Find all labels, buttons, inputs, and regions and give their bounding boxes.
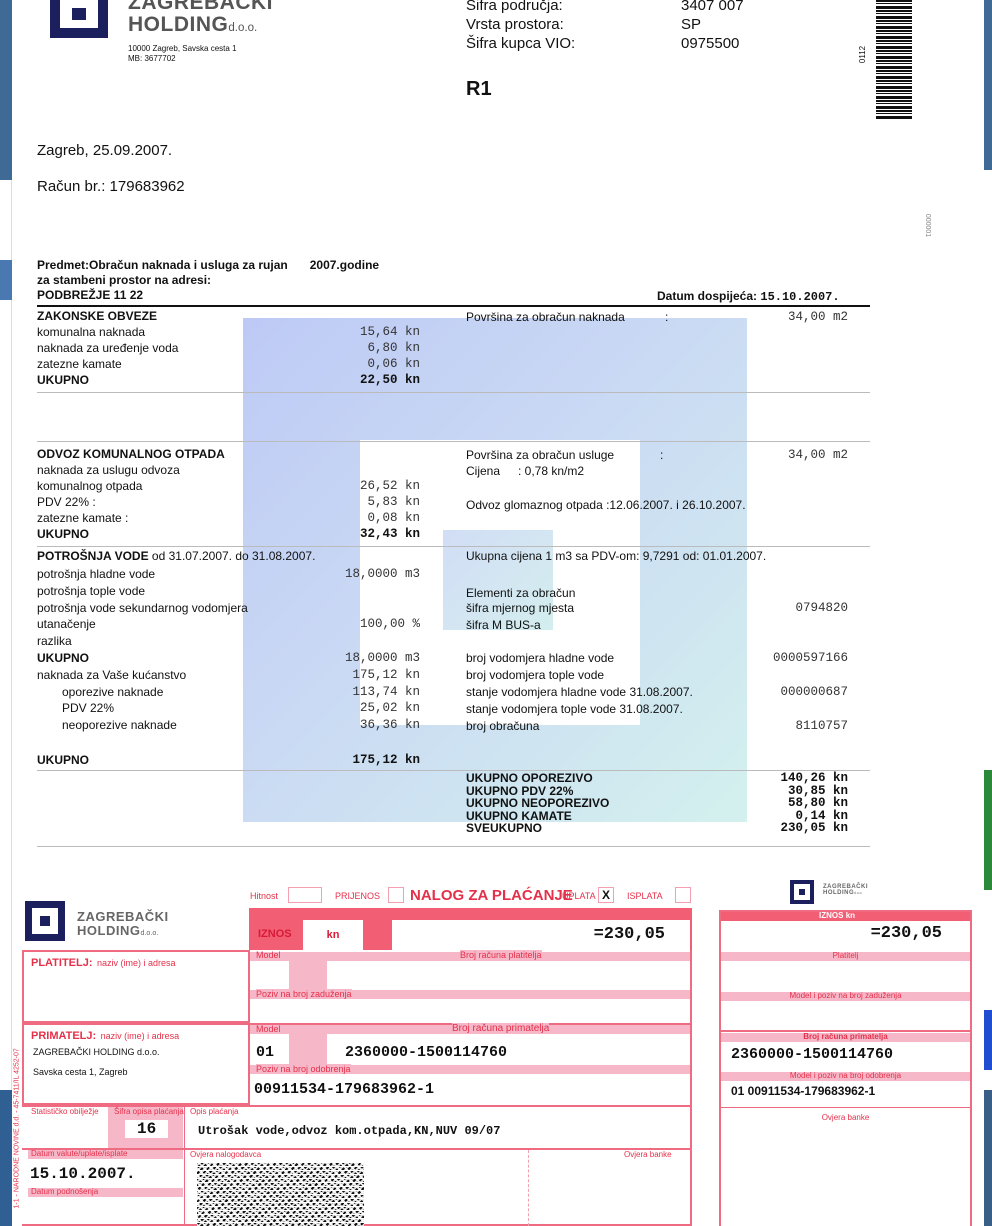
divider bbox=[184, 1150, 185, 1226]
summary-value: 140,26 kn bbox=[780, 772, 848, 785]
currency-box: kn bbox=[303, 920, 363, 950]
element-label: broj vodomjera hladne vode bbox=[466, 651, 614, 668]
uplata-label: UPLATA bbox=[562, 891, 596, 901]
bulky-waste-dates: Odvoz glomaznog otpada :12.06.2007. i 26… bbox=[466, 498, 746, 512]
total-row: UKUPNO22,50 kn bbox=[37, 373, 420, 389]
area-sep: : bbox=[660, 448, 663, 462]
item-label: potrošnja tople vode bbox=[37, 584, 145, 601]
stub-model-zaduzenja-label: Model i poziv na broj zaduženja bbox=[721, 991, 970, 1000]
model-divider bbox=[289, 961, 327, 990]
elements-title: Elementi za obračun bbox=[466, 586, 575, 600]
stub-payer-field[interactable] bbox=[721, 962, 970, 992]
list-item: utanačenje100,00 % bbox=[37, 617, 420, 634]
primatelj-label: PRIMATELJ: naziv (ime) i adresa bbox=[31, 1026, 179, 1044]
total-row: UKUPNO32,43 kn bbox=[37, 527, 420, 543]
item-label: naknada za Vaše kućanstvo bbox=[37, 668, 186, 685]
stub-racun-value[interactable]: 2360000-1500114760 bbox=[731, 1046, 893, 1063]
element-label: stanje vodomjera tople vode 31.08.2007. bbox=[466, 702, 683, 719]
item-label: UKUPNO bbox=[37, 651, 89, 668]
list-item: komunalna naknada15,64 kn bbox=[37, 325, 420, 341]
datum-podnosenja-label: Datum podnošenja bbox=[31, 1187, 98, 1196]
racun-primatelja-value[interactable]: 2360000-1500114760 bbox=[345, 1044, 507, 1061]
voda-elements: šifra mjernog mjesta0794820šifra M BUS-a… bbox=[466, 601, 848, 735]
price-value: : 0,78 kn/m2 bbox=[518, 464, 584, 478]
list-item: oporezive naknade113,74 kn bbox=[37, 685, 420, 702]
sifra-opisa-value[interactable]: 16 bbox=[125, 1120, 168, 1138]
company-logo-icon bbox=[50, 0, 108, 38]
element-value: 8110757 bbox=[795, 719, 848, 736]
statisticko-label: Statističko obilježje bbox=[31, 1107, 99, 1116]
due-date: Datum dospijeća: 15.10.2007. bbox=[657, 289, 840, 304]
stub-ovjera-banke-label: Ovjera banke bbox=[721, 1113, 970, 1122]
model-label: Model bbox=[256, 950, 281, 960]
section-title-zakonske: ZAKONSKE OBVEZE bbox=[37, 309, 157, 323]
area-value-naknada: 34,00 m2 bbox=[760, 310, 848, 324]
place-date: Zagreb, 25.09.2007. bbox=[37, 142, 172, 159]
background-window-edge-right bbox=[984, 0, 992, 1226]
item-label: potrošnja vode sekundarnog vodomjera bbox=[37, 601, 248, 618]
list-item: razlika bbox=[37, 634, 420, 651]
list-item: komunalnog otpada26,52 kn bbox=[37, 479, 420, 495]
item-label: razlika bbox=[37, 634, 72, 651]
element-label: šifra M BUS-a bbox=[466, 618, 541, 635]
element-label: broj vodomjera tople vode bbox=[466, 668, 604, 685]
ovjera-banke-label: Ovjera banke bbox=[624, 1150, 672, 1159]
invoice-number: Račun br.: 179683962 bbox=[37, 178, 185, 195]
list-item: broj vodomjera hladne vode0000597166 bbox=[466, 651, 848, 668]
ovjera-nalogodavca-label: Ovjera nalogodavca bbox=[190, 1150, 261, 1159]
opis-label: Opis plaćanja bbox=[190, 1107, 238, 1116]
prijenos-label: PRIJENOS bbox=[335, 891, 380, 901]
stub-model-odobrenja-value[interactable]: 01 00911534-179683962-1 bbox=[731, 1084, 875, 1098]
list-item: naknada za Vaše kućanstvo175,12 kn bbox=[37, 668, 420, 685]
uplata-checkbox[interactable]: X bbox=[598, 887, 614, 903]
item-label: neoporezive naknade bbox=[37, 718, 177, 735]
hitnost-label: Hitnost bbox=[250, 891, 278, 901]
list-item: neoporezive naknade36,36 kn bbox=[37, 718, 420, 735]
item-value: 100,00 % bbox=[360, 617, 420, 634]
item-label: utanačenje bbox=[37, 617, 96, 634]
unit-price: Ukupna cijena 1 m3 sa PDV-om: 9,7291 od:… bbox=[466, 549, 766, 563]
area-label-naknada: Površina za obračun naknada bbox=[466, 310, 625, 324]
divider bbox=[37, 441, 870, 442]
element-label: šifra mjernog mjesta bbox=[466, 601, 574, 618]
stub-platitelj-label: Platitelj bbox=[721, 951, 970, 960]
racun-platitelja-label: Broj računa platitelja bbox=[460, 950, 542, 960]
price-label: Cijena bbox=[466, 464, 500, 478]
item-label: oporezive naknade bbox=[37, 685, 163, 702]
item-value: 36,36 kn bbox=[360, 718, 420, 735]
divider bbox=[37, 392, 870, 393]
list-item: PDV 22%25,02 kn bbox=[37, 701, 420, 718]
list-item: broj obračuna8110757 bbox=[466, 719, 848, 736]
item-value: 25,02 kn bbox=[360, 701, 420, 718]
area-value-usluge: 34,00 m2 bbox=[760, 448, 848, 462]
model-value[interactable]: 01 bbox=[256, 1044, 274, 1061]
2d-barcode bbox=[197, 1162, 364, 1226]
opis-value[interactable]: Utrošak vode,odvoz kom.otpada,KN,NUV 09/… bbox=[198, 1124, 500, 1138]
stub-iznos-label: IZNOS kn bbox=[819, 911, 855, 920]
divider bbox=[528, 1150, 529, 1226]
stub-racun-label: Broj računa primatelja bbox=[721, 1032, 970, 1041]
list-item: UKUPNO18,0000 m3 bbox=[37, 651, 420, 668]
document-type: R1 bbox=[466, 78, 492, 101]
sifra-opisa-label: Šifra opisa plaćanja bbox=[114, 1107, 184, 1116]
element-label: broj obračuna bbox=[466, 719, 539, 736]
summary-row: UKUPNO NEOPOREZIVO58,80 kn bbox=[466, 797, 848, 810]
item-value: 18,0000 m3 bbox=[345, 567, 420, 584]
list-item: broj vodomjera tople vode bbox=[466, 668, 848, 685]
summary-value: 230,05 kn bbox=[780, 822, 848, 835]
barcode bbox=[876, 0, 912, 120]
payer-account-field[interactable] bbox=[327, 961, 689, 990]
summary-label: SVEUKUPNO bbox=[466, 822, 542, 835]
list-item bbox=[466, 635, 848, 652]
summary-value: 58,80 kn bbox=[788, 797, 848, 810]
prijenos-checkbox[interactable] bbox=[388, 887, 404, 903]
item-label: PDV 22% bbox=[37, 701, 114, 718]
company-name: ZAGREBAČKI HOLDINGd.o.o. bbox=[128, 0, 273, 36]
item-label: potrošnja hladne vode bbox=[37, 567, 155, 584]
divider bbox=[37, 846, 870, 847]
payer-field[interactable] bbox=[24, 968, 248, 1021]
datum-valute-label: Datum valute/uplate/isplate bbox=[31, 1149, 128, 1158]
list-item: šifra M BUS-a bbox=[466, 618, 848, 635]
divider bbox=[184, 1107, 185, 1148]
barcode-text: 0112 bbox=[858, 46, 867, 63]
background-window-edge-left bbox=[0, 0, 12, 1226]
racun-primatelja-label: Broj računa primatelja bbox=[452, 1023, 549, 1034]
header-info: Šifra područja:3407 007 Vrsta prostora:S… bbox=[466, 0, 744, 53]
poziv-odobrenja-value[interactable]: 00911534-179683962-1 bbox=[254, 1081, 434, 1098]
iznos-label: IZNOS bbox=[258, 928, 292, 940]
payer-model-field[interactable] bbox=[252, 961, 289, 990]
stub-logo-icon bbox=[790, 880, 814, 904]
model-label: Model bbox=[256, 1024, 281, 1034]
zakonske-items: komunalna naknada15,64 kn naknada za ure… bbox=[37, 325, 420, 389]
list-item: naknada za uređenje voda6,80 kn bbox=[37, 341, 420, 357]
list-item: PDV 22% :5,83 kn bbox=[37, 495, 420, 511]
stub-model-zaduzenja-field[interactable] bbox=[721, 1002, 970, 1030]
list-item: zatezne kamate0,06 kn bbox=[37, 357, 420, 373]
poziv-odobrenja-label: Poziv na broj odobrenja bbox=[256, 1064, 351, 1074]
primatelj-name: ZAGREBAČKI HOLDING d.o.o. bbox=[33, 1047, 160, 1057]
item-value: 18,0000 m3 bbox=[345, 651, 420, 668]
model-divider bbox=[289, 1034, 327, 1065]
stub-amount[interactable]: =230,05 bbox=[721, 924, 970, 943]
odvoz-line-a: naknada za uslugu odvoza bbox=[37, 463, 180, 477]
list-item: zatezne kamate :0,08 kn bbox=[37, 511, 420, 527]
summary-label: UKUPNO OPOREZIVO bbox=[466, 772, 593, 785]
odvoz-items: komunalnog otpada26,52 kn PDV 22% :5,83 … bbox=[37, 479, 420, 543]
list-item: potrošnja hladne vode18,0000 m3 bbox=[37, 567, 420, 584]
item-value: 175,12 kn bbox=[352, 668, 420, 685]
list-item: potrošnja tople vode bbox=[37, 584, 420, 601]
voda-total: UKUPNO175,12 kn bbox=[37, 753, 420, 767]
section-title-odvoz: ODVOZ KOMUNALNOG OTPADA bbox=[37, 447, 225, 461]
section-title-voda: POTROŠNJA VODE od 31.07.2007. do 31.08.2… bbox=[37, 549, 315, 563]
amount-field[interactable]: =230,05 bbox=[392, 920, 690, 950]
summary-row: UKUPNO OPOREZIVO140,26 kn bbox=[466, 772, 848, 785]
company-address: 10000 Zagreb, Savska cesta 1 MB: 3677702 bbox=[128, 44, 237, 64]
subject: Predmet:Obračun naknada i usluga za ruja… bbox=[37, 258, 379, 303]
voda-items: potrošnja hladne vode18,0000 m3potrošnja… bbox=[37, 567, 420, 735]
poziv-zaduzenja-label: Poziv na broj zaduženja bbox=[256, 989, 352, 999]
element-value: 0794820 bbox=[795, 601, 848, 618]
isplata-label: ISPLATA bbox=[627, 891, 663, 901]
list-item: šifra mjernog mjesta0794820 bbox=[466, 601, 848, 618]
list-item: potrošnja vode sekundarnog vodomjera bbox=[37, 601, 420, 618]
divider bbox=[37, 546, 870, 547]
list-item: stanje vodomjera tople vode 31.08.2007. bbox=[466, 702, 848, 719]
slip-vertical-print: 1-1 - NARODNE NOVINE d.d. - 45-7411/IL 4… bbox=[14, 1019, 21, 1209]
side-number: 000001 bbox=[924, 214, 931, 237]
datum-valute-value[interactable]: 15.10.2007. bbox=[30, 1165, 136, 1183]
item-value: 113,74 kn bbox=[352, 685, 420, 702]
summary-label: UKUPNO NEOPOREZIVO bbox=[466, 797, 609, 810]
stub-company-name: ZAGREBAČKI HOLDINGd.o.o. bbox=[823, 884, 868, 897]
divider bbox=[37, 305, 870, 307]
summary-row: SVEUKUPNO230,05 kn bbox=[466, 822, 848, 835]
summary-totals: UKUPNO OPOREZIVO140,26 knUKUPNO PDV 22%3… bbox=[466, 772, 848, 835]
stub-model-odobrenja-label: Model i poziv na broj odobrenja bbox=[721, 1071, 970, 1080]
list-item: stanje vodomjera hladne vode 31.08.2007.… bbox=[466, 685, 848, 702]
isplata-checkbox[interactable] bbox=[675, 887, 691, 903]
area-label-usluge: Površina za obračun usluge bbox=[466, 448, 614, 462]
divider bbox=[37, 770, 870, 771]
element-value: 0000597166 bbox=[773, 651, 848, 668]
element-value: 000000687 bbox=[780, 685, 848, 702]
poziv-zaduzenja-field[interactable] bbox=[252, 999, 689, 1023]
area-sep: : bbox=[665, 310, 668, 324]
hitnost-checkbox[interactable] bbox=[288, 887, 322, 903]
element-label: stanje vodomjera hladne vode 31.08.2007. bbox=[466, 685, 693, 702]
divider bbox=[721, 1107, 970, 1108]
primatelj-address: Savska cesta 1, Zagreb bbox=[33, 1067, 128, 1077]
slip-title: NALOG ZA PLAĆANJE bbox=[410, 887, 573, 904]
